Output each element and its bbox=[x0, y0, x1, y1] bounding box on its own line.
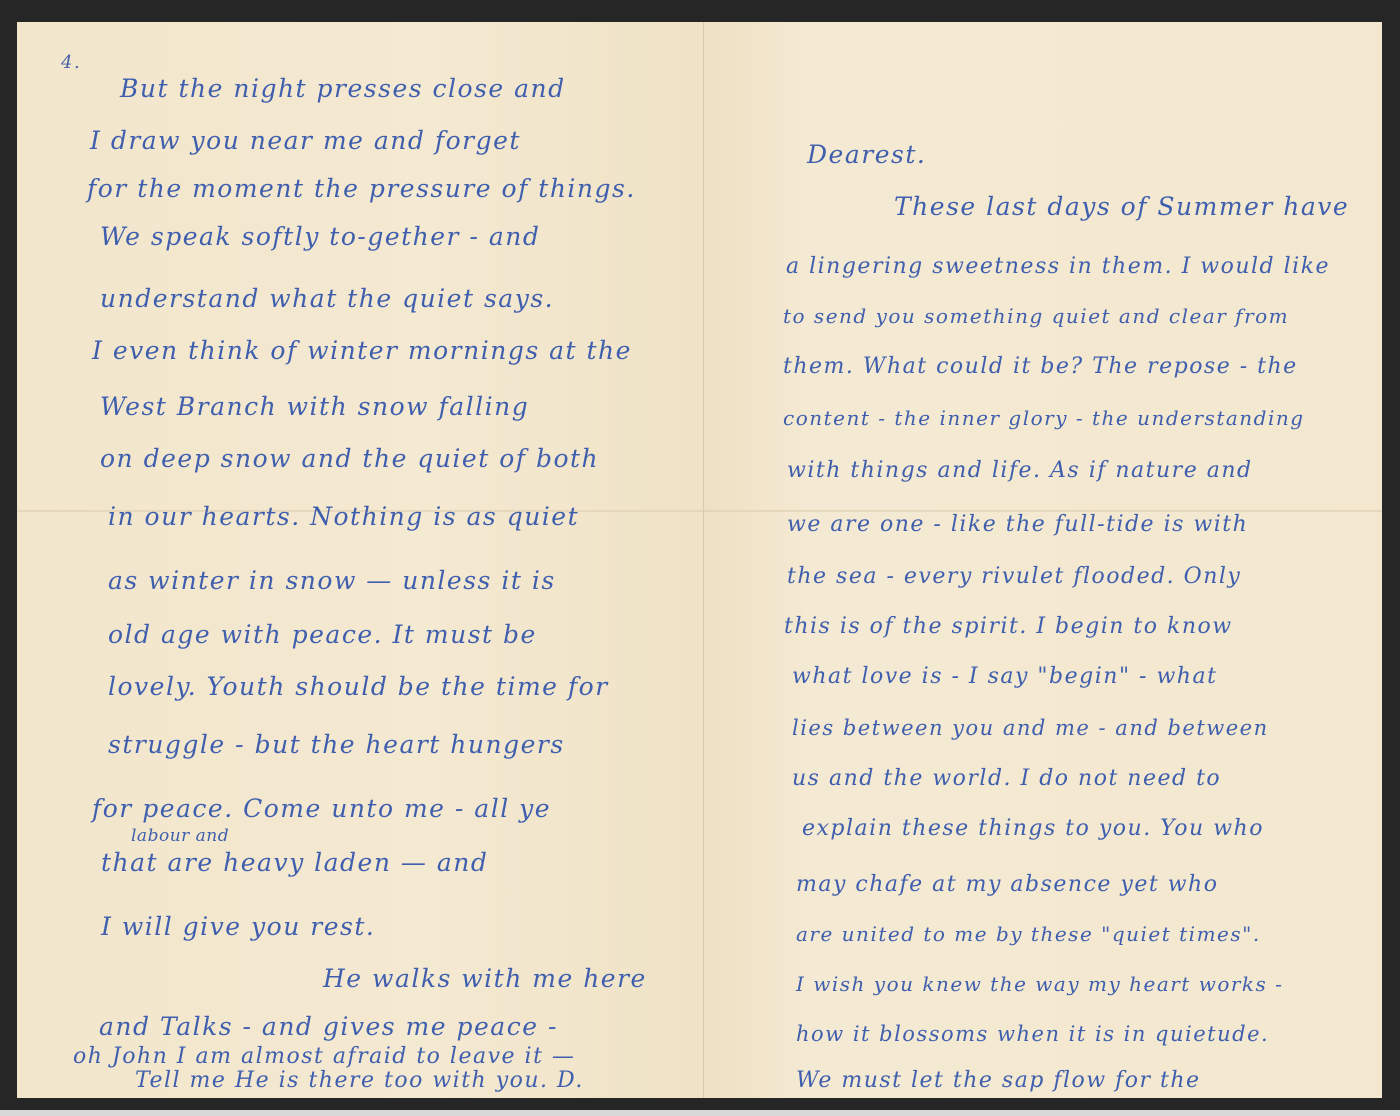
handwritten-line: I draw you near me and forget bbox=[90, 126, 521, 155]
handwritten-line: the sea - every rivulet flooded. Only bbox=[787, 564, 1241, 589]
handwritten-line: explain these things to you. You who bbox=[802, 816, 1264, 841]
handwritten-line: oh John I am almost afraid to leave it — bbox=[73, 1044, 575, 1069]
handwritten-line: lies between you and me - and between bbox=[792, 716, 1269, 740]
handwritten-line: I wish you knew the way my heart works - bbox=[796, 972, 1283, 996]
salutation: Dearest. bbox=[807, 140, 926, 169]
handwritten-line: for the moment the pressure of things. bbox=[87, 174, 636, 203]
letter-paper: 4. But the night presses close and I dra… bbox=[17, 22, 1382, 1098]
handwritten-line: in our hearts. Nothing is as quiet bbox=[108, 502, 579, 531]
handwritten-line: with things and life. As if nature and bbox=[787, 458, 1253, 483]
handwritten-line: understand what the quiet says. bbox=[100, 284, 554, 313]
handwritten-line: them. What could it be? The repose - the bbox=[783, 354, 1298, 379]
handwritten-line: may chafe at my absence yet who bbox=[796, 872, 1218, 897]
handwritten-line: for peace. Come unto me - all ye bbox=[92, 794, 551, 823]
left-page: 4. But the night presses close and I dra… bbox=[17, 22, 704, 1098]
right-page: Dearest. These last days of Summer have … bbox=[704, 22, 1382, 1098]
handwritten-line: how it blossoms when it is in quietude. bbox=[796, 1022, 1269, 1046]
handwritten-line: lovely. Youth should be the time for bbox=[108, 672, 609, 701]
handwritten-line: But the night presses close and bbox=[120, 74, 566, 103]
handwritten-line: He walks with me here bbox=[323, 964, 647, 993]
handwritten-line: as winter in snow — unless it is bbox=[108, 566, 556, 595]
handwritten-line: a lingering sweetness in them. I would l… bbox=[786, 254, 1330, 279]
handwritten-line: content - the inner glory - the understa… bbox=[783, 406, 1305, 430]
handwritten-line: West Branch with snow falling bbox=[100, 392, 529, 421]
handwritten-line: I will give you rest. bbox=[101, 912, 375, 941]
frame-edge bbox=[0, 1110, 1400, 1116]
handwritten-line: I even think of winter mornings at the bbox=[92, 336, 632, 365]
handwritten-line: struggle - but the heart hungers bbox=[108, 730, 565, 759]
handwritten-line: are united to me by these "quiet times". bbox=[796, 922, 1261, 946]
handwritten-line: what love is - I say "begin" - what bbox=[792, 664, 1217, 689]
handwritten-line: We speak softly to-gether - and bbox=[100, 222, 540, 251]
handwritten-line: to send you something quiet and clear fr… bbox=[783, 304, 1289, 328]
handwritten-line: and Talks - and gives me peace - bbox=[99, 1012, 558, 1041]
handwritten-line: on deep snow and the quiet of both bbox=[100, 444, 599, 473]
handwritten-line: old age with peace. It must be bbox=[108, 620, 537, 649]
handwritten-line: us and the world. I do not need to bbox=[792, 766, 1221, 791]
handwritten-line: that are heavy laden — and bbox=[101, 848, 488, 877]
page-number: 4. bbox=[61, 52, 81, 73]
handwritten-line: we are one - like the full-tide is with bbox=[787, 512, 1248, 537]
handwritten-line: We must let the sap flow for the bbox=[796, 1068, 1201, 1093]
handwritten-line: These last days of Summer have bbox=[894, 192, 1349, 221]
handwritten-line: this is of the spirit. I begin to know bbox=[784, 614, 1233, 639]
handwritten-insertion: labour and bbox=[131, 826, 229, 846]
handwritten-line: Tell me He is there too with you. D. bbox=[135, 1068, 584, 1093]
